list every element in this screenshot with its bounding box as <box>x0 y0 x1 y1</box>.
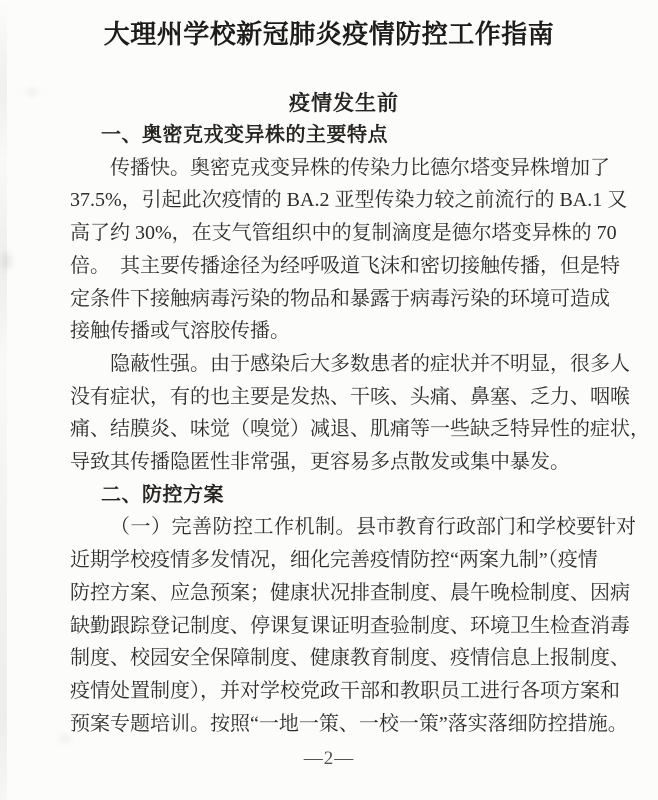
page-number: —2— <box>0 746 658 772</box>
body-line: 制度、校园安全保障制度、健康教育制度、疫情信息上报制度、 <box>70 642 658 675</box>
body-line: （一）完善防控工作机制。县市教育行政部门和学校要针对 <box>70 511 658 544</box>
body-line: 没有症状，有的也主要是发热、干咳、头痛、鼻塞、乏力、咽喉 <box>70 381 658 414</box>
heading-prevention-plan: 二、防控方案 <box>70 479 658 512</box>
document-page: 大理州学校新冠肺炎疫情防控工作指南 疫情发生前 一、奥密克戎变异株的主要特点 传… <box>0 0 658 800</box>
body-line: 37.5%，引起此次疫情的 BA.2 亚型传染力较之前流行的 BA.1 又 <box>70 184 658 217</box>
body-line: 传播快。奥密克戎变异株的传染力比德尔塔变异株增加了 <box>70 152 658 185</box>
document-title: 大理州学校新冠肺炎疫情防控工作指南 <box>0 20 658 50</box>
body-line: 近期学校疫情多发情况，细化完善疫情防控“两案九制”（疫情 <box>70 544 658 577</box>
body-line: 接触传播或气溶胶传播。 <box>70 315 658 348</box>
body-line: 定条件下接触病毒污染的物品和暴露于病毒污染的环境可造成 <box>70 283 658 316</box>
body-line: 疫情处置制度），并对学校党政干部和教职员工进行各项方案和 <box>70 675 658 708</box>
body-line: 导致其传播隐匿性非常强，更容易多点散发或集中暴发。 <box>70 446 658 479</box>
document-body: 一、奥密克戎变异株的主要特点 传播快。奥密克戎变异株的传染力比德尔塔变异株增加了… <box>0 119 658 740</box>
body-line: 倍。 其主要传播途径为经呼吸道飞沫和密切接触传播，但是特 <box>70 250 658 283</box>
body-line: 高了约 30%，在支气管组织中的复制滴度是德尔塔变异株的 70 <box>70 217 658 250</box>
subparagraph-lead: （一）完善防控工作机制。 <box>110 516 356 538</box>
body-line: 痛、结膜炎、味觉（嗅觉）减退、肌痛等一些缺乏特异性的症状， <box>70 413 658 446</box>
heading-omicron-variant-features: 一、奥密克戎变异株的主要特点 <box>70 119 658 152</box>
body-line: 隐蔽性强。由于感染后大多数患者的症状并不明显，很多人 <box>70 348 658 381</box>
body-line: 防控方案、应急预案；健康状况排查制度、晨午晚检制度、因病 <box>70 577 658 610</box>
section-title: 疫情发生前 <box>30 90 658 116</box>
body-line-text: 县市教育行政部门和学校要针对 <box>356 516 636 538</box>
body-line: 预案专题培训。按照“一地一策、一校一策”落实落细防控措施。 <box>70 708 658 741</box>
body-line: 缺勤跟踪登记制度、停课复课证明查验制度、环境卫生检查消毒 <box>70 610 658 643</box>
